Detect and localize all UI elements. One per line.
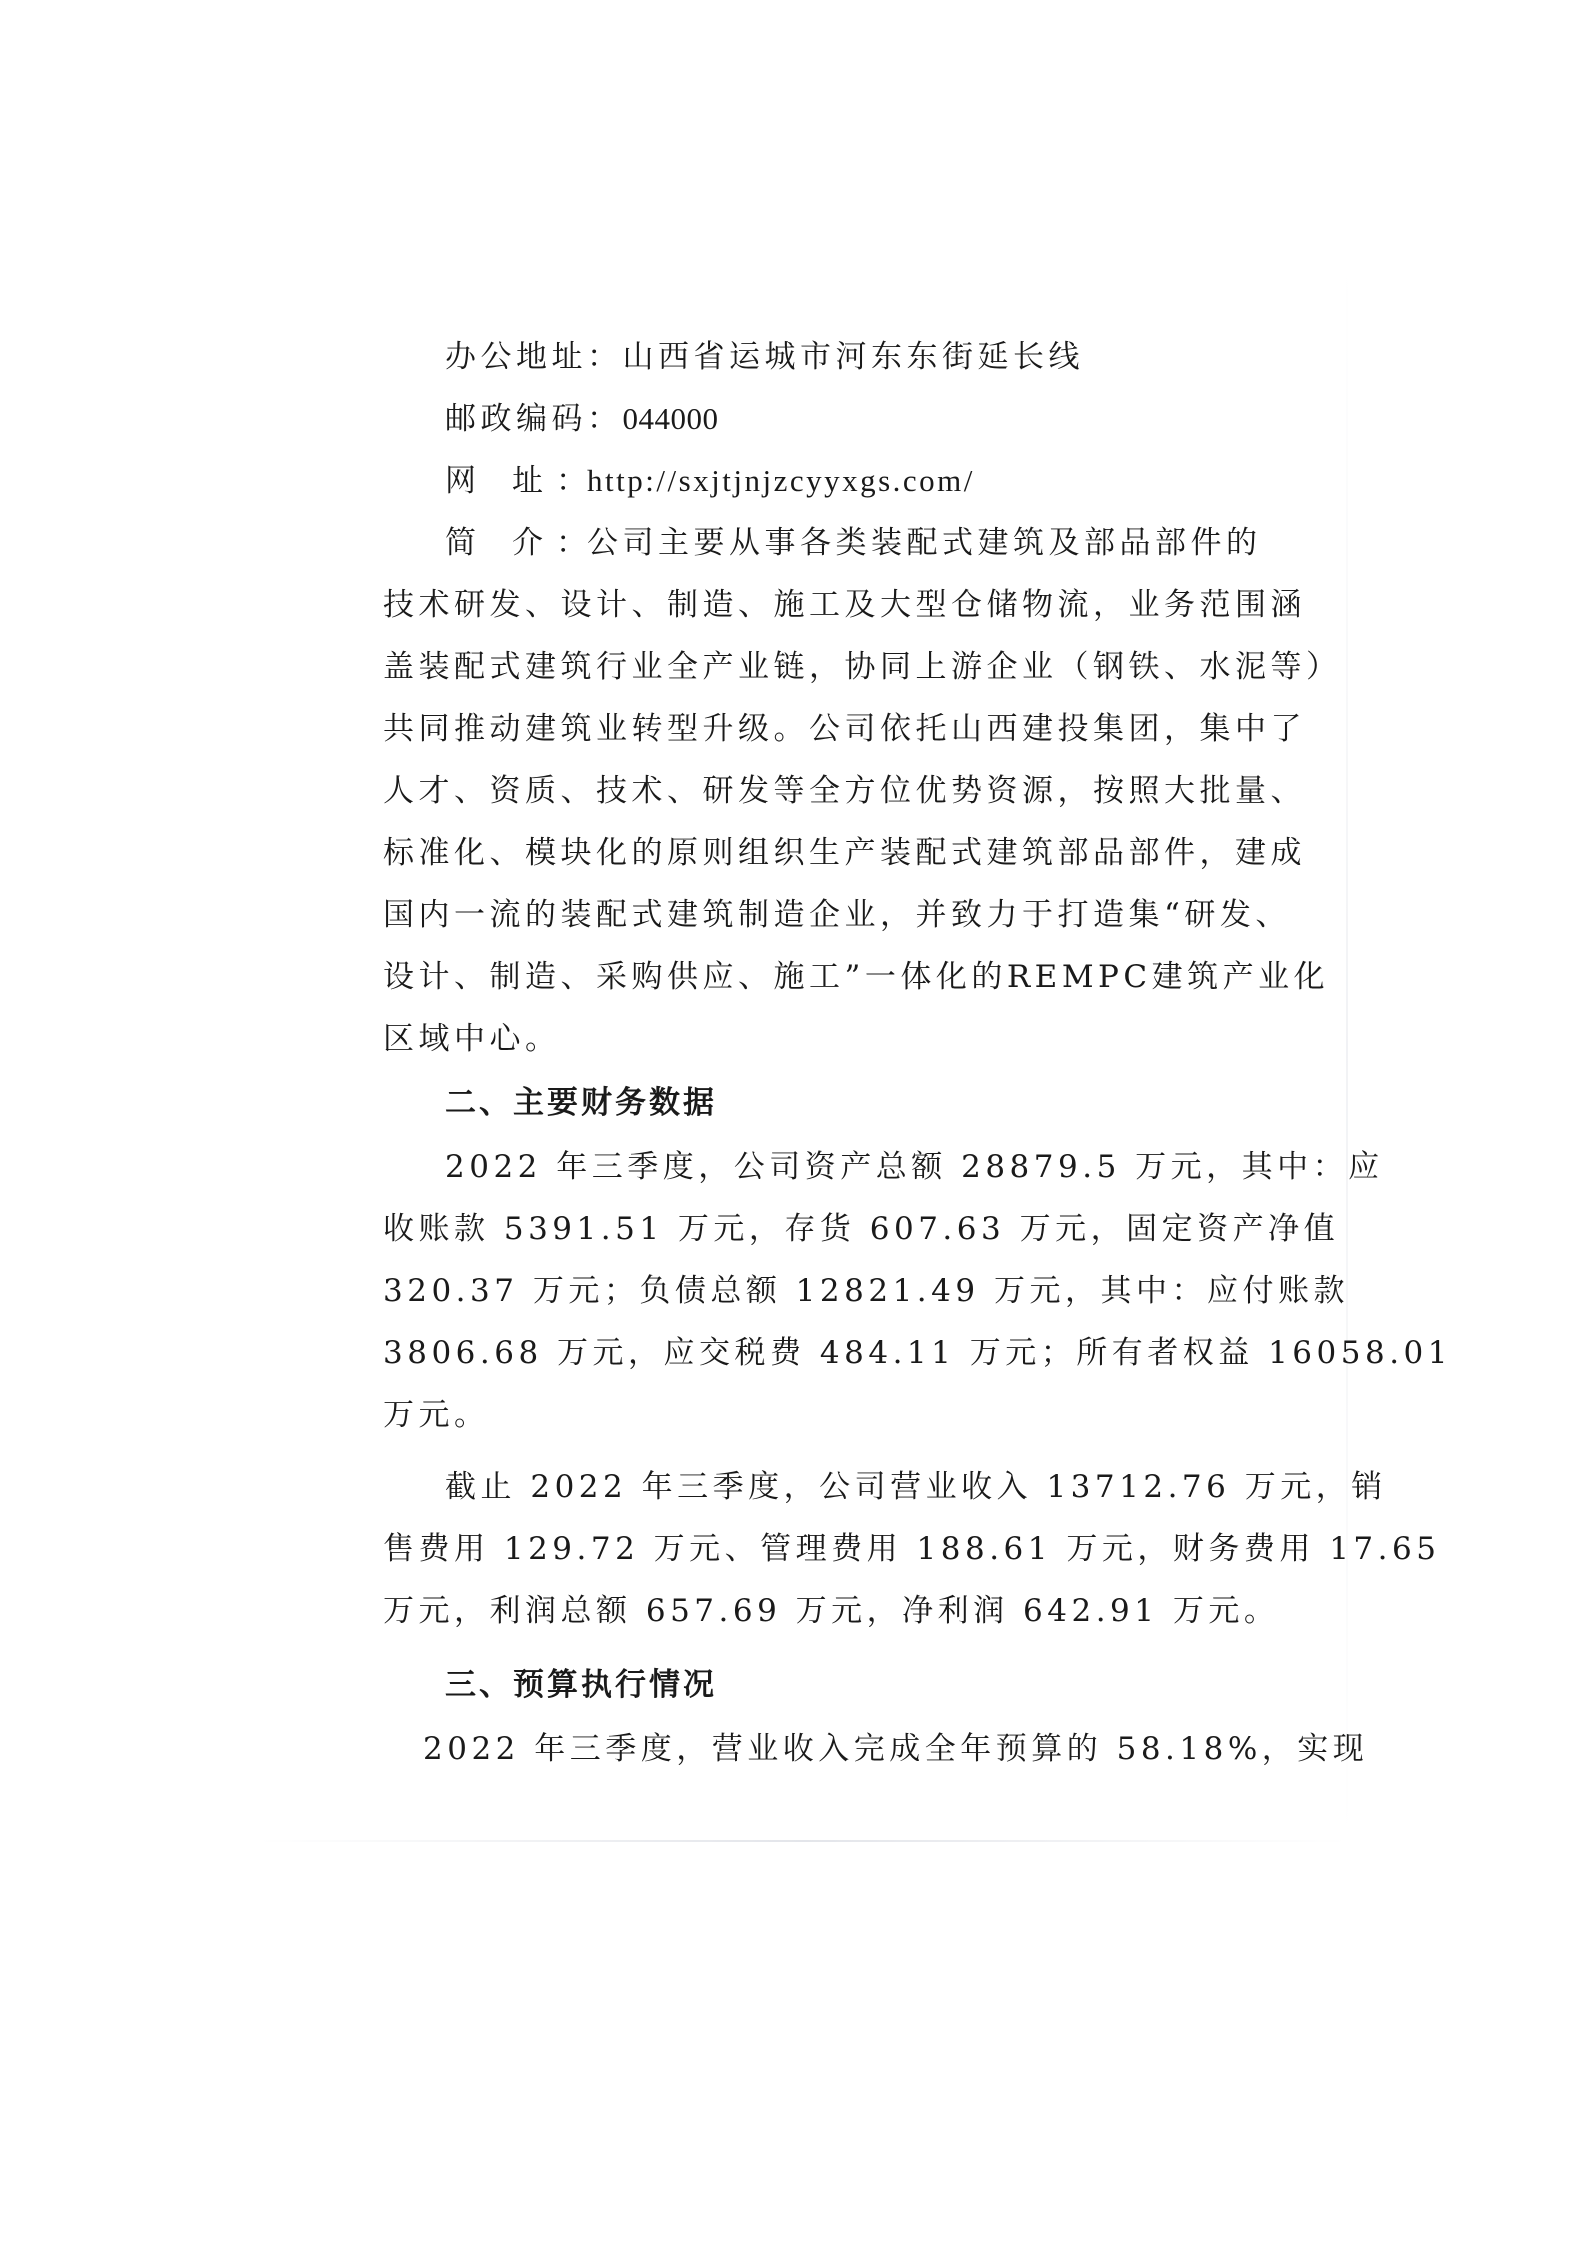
intro-text-line: 国内一流的装配式建筑制造企业，并致力于打造集“研发、 [383, 884, 1183, 946]
postcode-line: 邮政编码：044000 [383, 388, 1183, 450]
financial-text-line: 收账款 5391.51 万元，存货 607.63 万元，固定资产净值 [383, 1198, 1183, 1260]
website-link[interactable]: http://sxjtjnjzcyyxgs.com/ [587, 463, 975, 498]
paragraph-gap [383, 1642, 1183, 1652]
address-value: 山西省运城市河东东街延长线 [623, 339, 1085, 375]
postcode-label: 邮政编码： [445, 401, 623, 437]
section-heading-financial-data: 二、主要财务数据 [383, 1070, 1183, 1136]
income-text-line: 售费用 129.72 万元、管理费用 188.61 万元，财务费用 17.65 [383, 1518, 1183, 1580]
intro-label-char2: 介： [512, 525, 587, 561]
postcode-value: 044000 [623, 401, 719, 436]
intro-text-line: 盖装配式建筑行业全产业链，协同上游企业（钢铁、水泥等） [383, 636, 1183, 698]
website-line: 网 址：http://sxjtjnjzcyyxgs.com/ [383, 450, 1183, 512]
financial-text-line: 3806.68 万元，应交税费 484.11 万元；所有者权益 16058.01 [383, 1322, 1183, 1384]
intro-text-line: 设计、制造、采购供应、施工”一体化的REMPC建筑产业化 [383, 946, 1183, 1008]
website-label-char2: 址： [512, 463, 587, 499]
intro-label: 简 介： [445, 512, 587, 574]
website-label-char1: 网 [445, 463, 489, 499]
intro-text-line: 公司主要从事各类装配式建筑及部品部件的 [587, 525, 1262, 561]
income-text-line: 截止 2022 年三季度，公司营业收入 13712.76 万元，销 [383, 1456, 1183, 1518]
address-line: 办公地址：山西省运城市河东东街延长线 [383, 326, 1183, 388]
intro-text-line: 区域中心。 [383, 1008, 1183, 1070]
paragraph-gap [383, 1446, 1183, 1456]
scan-page-edge [1346, 260, 1348, 1840]
intro-text-line: 标准化、模块化的原则组织生产装配式建筑部品部件，建成 [383, 822, 1183, 884]
intro-first-line: 简 介：公司主要从事各类装配式建筑及部品部件的 [383, 512, 1183, 574]
income-text-line: 万元，利润总额 657.69 万元，净利润 642.91 万元。 [383, 1580, 1183, 1642]
scan-page-bottom-edge [258, 1840, 1348, 1842]
document-body: 办公地址：山西省运城市河东东街延长线 邮政编码：044000 网 址：http:… [383, 326, 1183, 1780]
address-label: 办公地址： [445, 339, 623, 375]
intro-text-line: 共同推动建筑业转型升级。公司依托山西建投集团，集中了 [383, 698, 1183, 760]
financial-text-line: 万元。 [383, 1384, 1183, 1446]
intro-label-char1: 简 [445, 525, 489, 561]
financial-text-line: 2022 年三季度，公司资产总额 28879.5 万元，其中：应 [383, 1136, 1183, 1198]
financial-text-line: 320.37 万元；负债总额 12821.49 万元，其中：应付账款 [383, 1260, 1183, 1322]
intro-text-line: 人才、资质、技术、研发等全方位优势资源，按照大批量、 [383, 760, 1183, 822]
section-heading-budget-execution: 三、预算执行情况 [383, 1652, 1183, 1718]
budget-text-line: 2022 年三季度，营业收入完成全年预算的 58.18%，实现 [383, 1718, 1183, 1780]
intro-text-line: 技术研发、设计、制造、施工及大型仓储物流，业务范围涵 [383, 574, 1183, 636]
website-label: 网 址： [445, 450, 587, 512]
